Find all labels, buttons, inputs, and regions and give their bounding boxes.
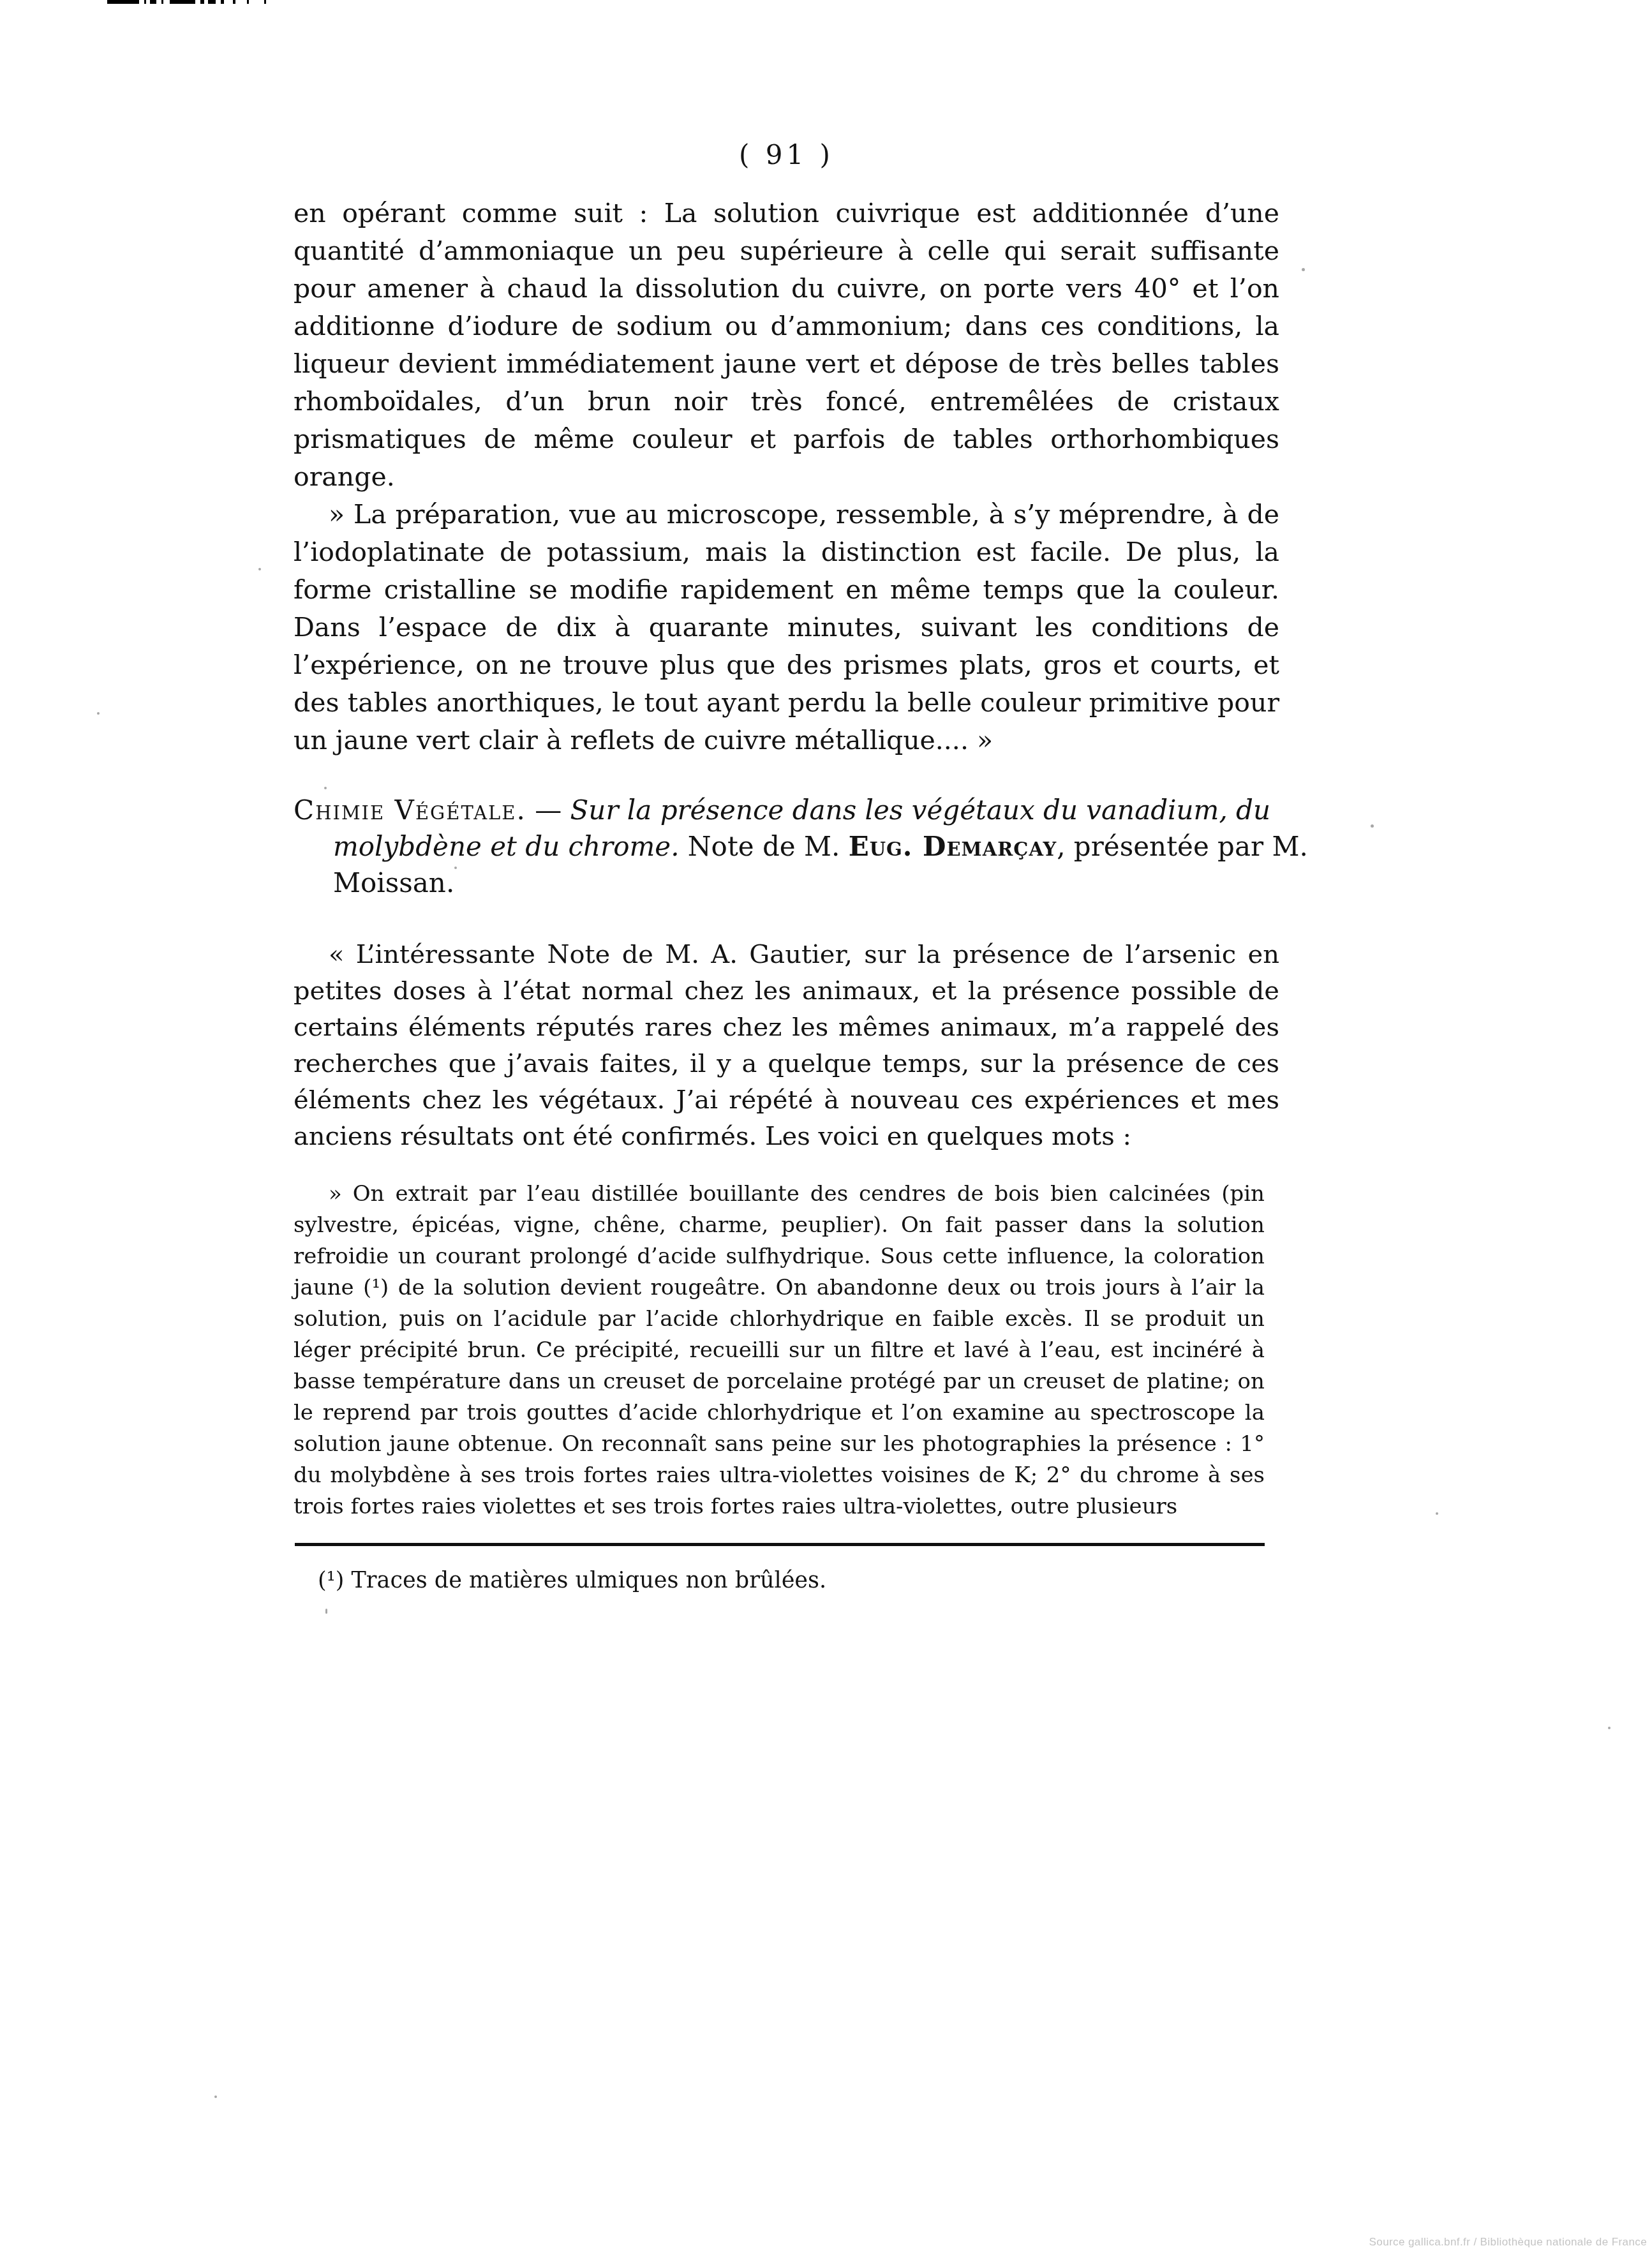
scan-speck [214,2095,217,2098]
scanned-page: ( 91 ) en opérant comme suit : La soluti… [0,0,1652,2255]
scan-speck [258,568,261,570]
heading-separator: — [526,794,570,826]
scan-speck [1608,1727,1611,1729]
scan-speck [1436,1512,1438,1515]
footnote-separator-rule [295,1543,1265,1546]
source-credit: Source gallica.bnf.fr / Bibliothèque nat… [1369,2236,1647,2249]
paragraph-preparation-microscope: » La préparation, vue au microscope, res… [294,496,1279,759]
heading-note-pre: Note de M. [680,831,849,862]
heading-discipline: Chimie Végétale. [294,794,526,826]
paragraph-copper-solution: en opérant comme suit : La solution cuiv… [294,195,1279,496]
scan-speck [97,712,100,715]
article-heading: Chimie Végétale. — Sur la présence dans … [294,792,1319,901]
page-number: ( 91 ) [294,139,1279,170]
heading-author: Eug. Demarçay [849,831,1057,862]
scan-artifact-dashes [107,0,273,4]
previous-article-text: en opérant comme suit : La solution cuiv… [294,195,1279,759]
intro-paragraph: « L’intéressante Note de M. A. Gautier, … [294,937,1279,1155]
footnote-text: (¹) Traces de matières ulmiques non brûl… [294,1565,1279,1596]
scan-speck [324,787,327,789]
scan-speck [454,867,457,869]
scan-speck [1302,268,1305,271]
scan-speck [325,1609,327,1614]
scan-speck [1371,824,1374,828]
procedure-paragraph: » On extrait par l’eau distillée bouilla… [294,1179,1265,1522]
